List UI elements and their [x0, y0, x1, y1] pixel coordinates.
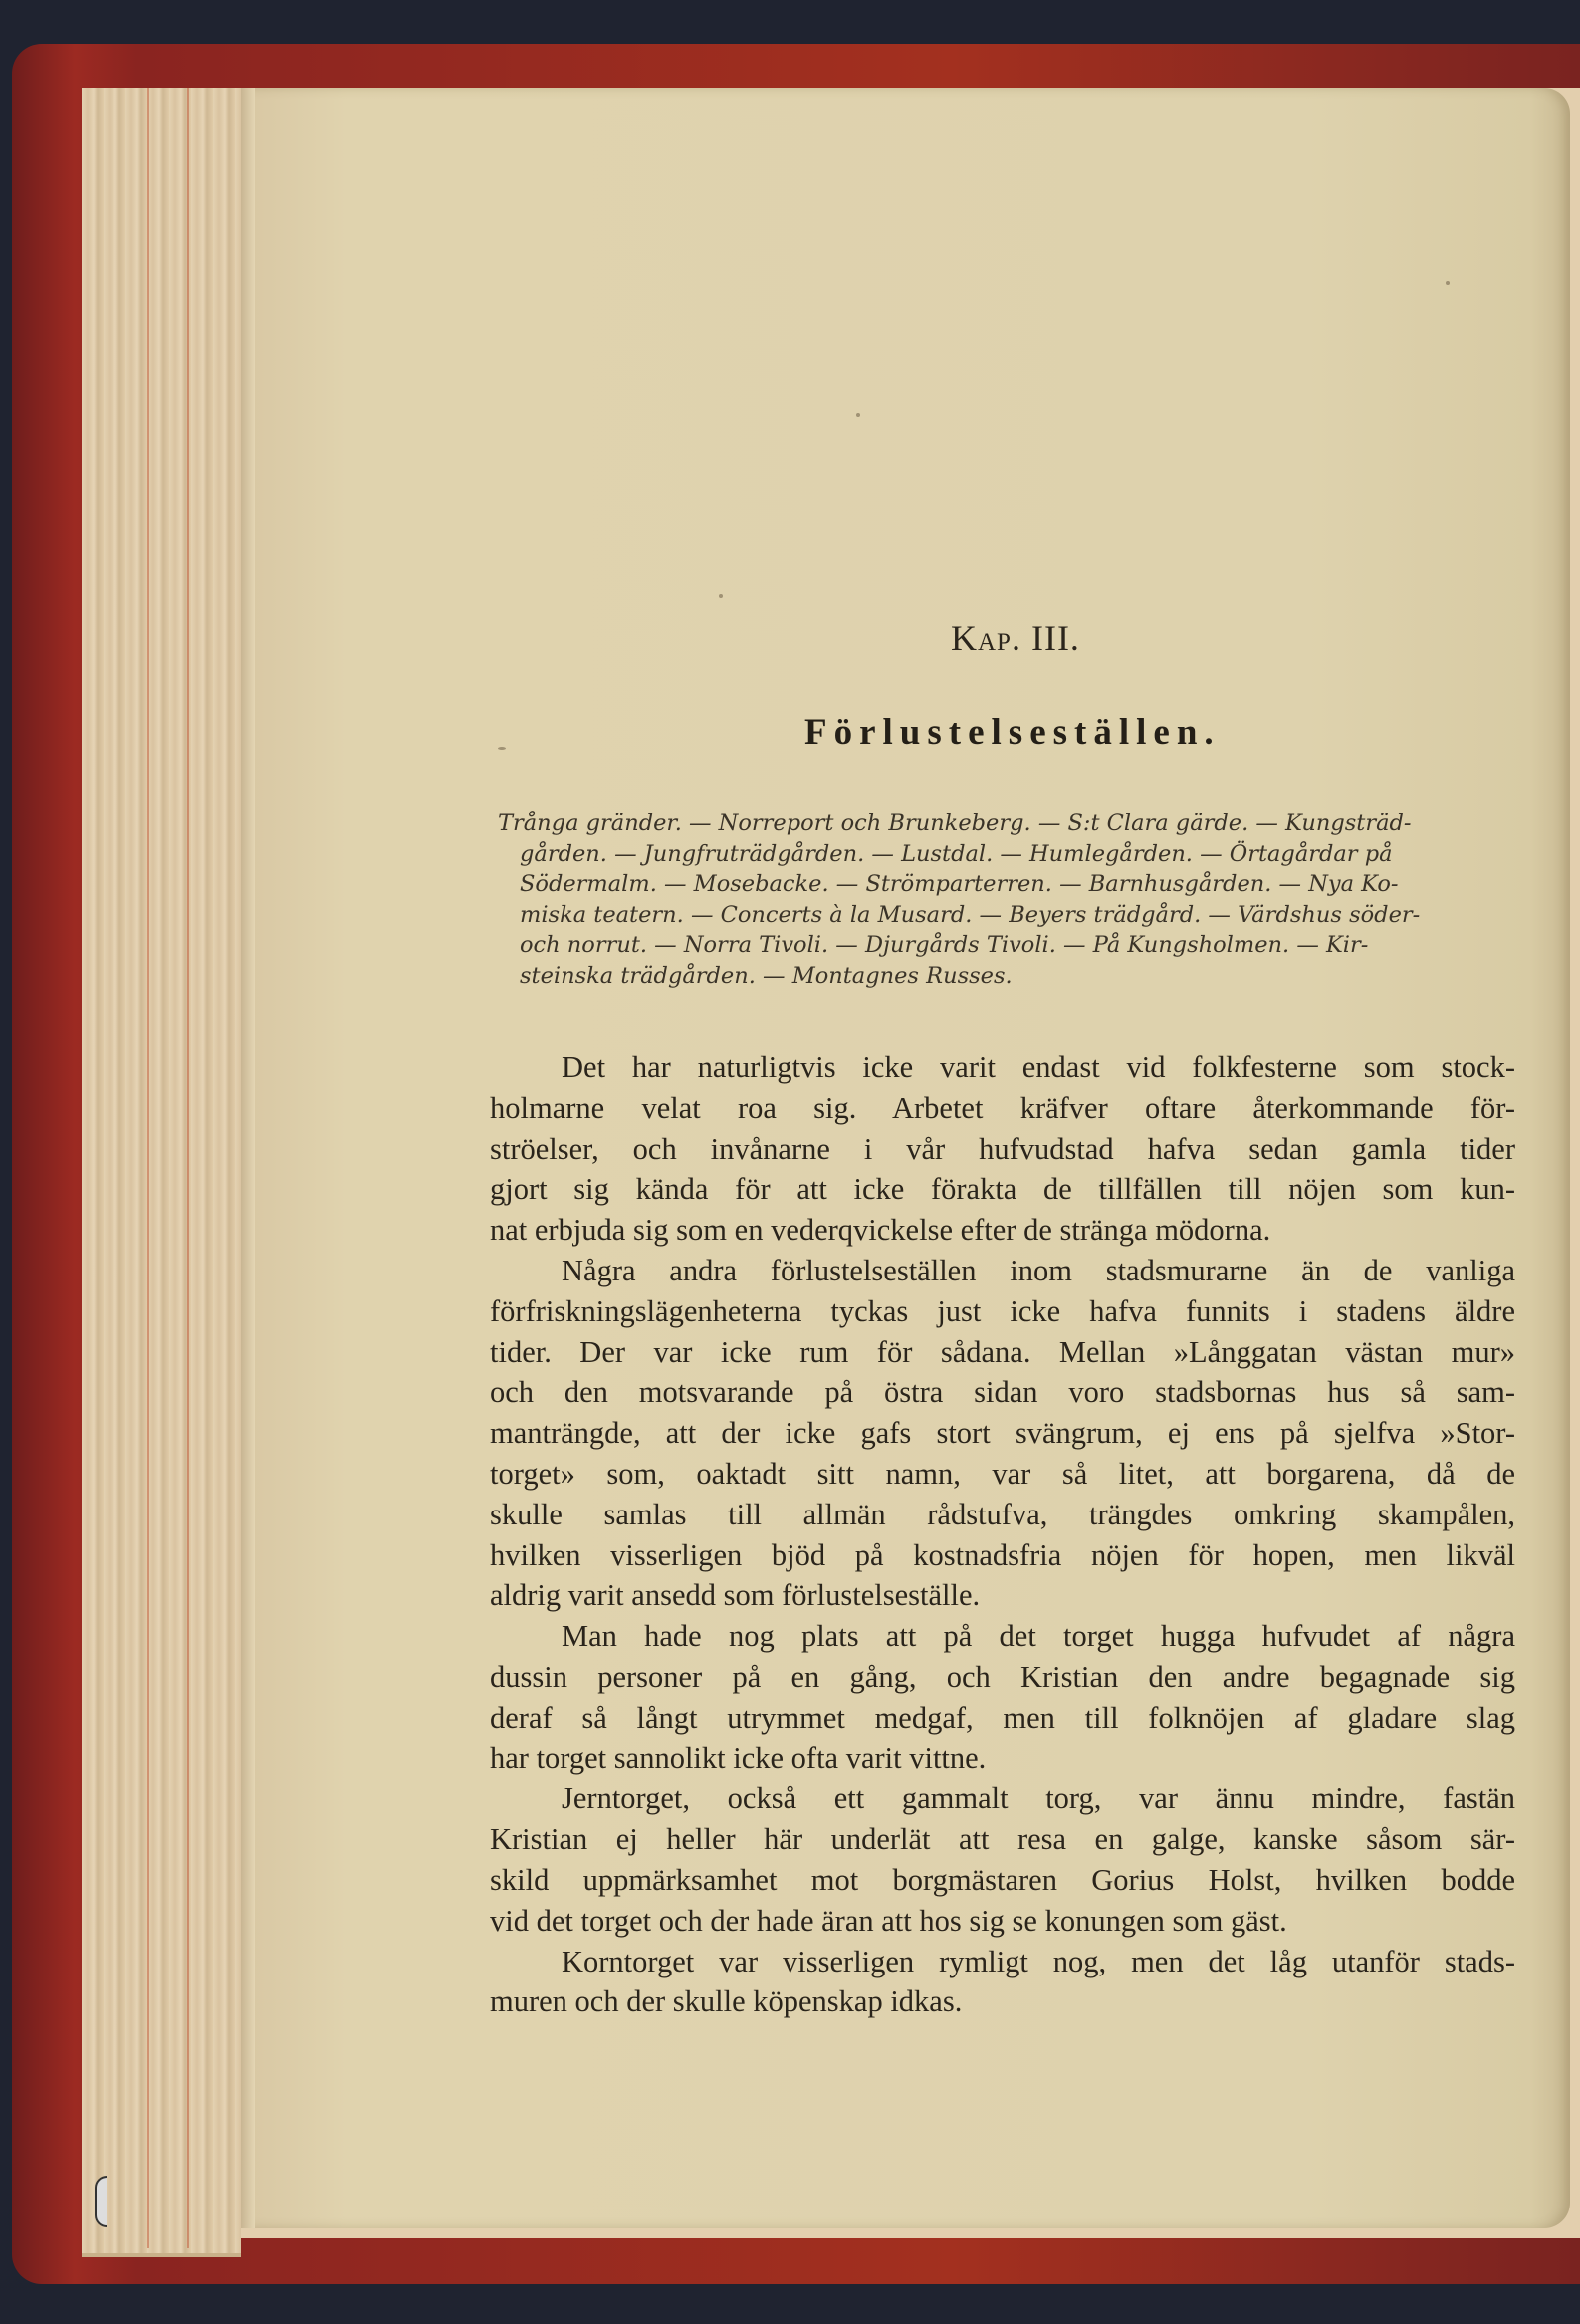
chapter-label: Kap.	[951, 618, 1021, 658]
summary-line: Södermalm. — Mosebacke. — Strömparterren…	[498, 869, 1513, 900]
body-line: dussin personer på en gång, och Kristian…	[490, 1657, 1515, 1698]
paper-speck	[1446, 281, 1450, 285]
body-line: skild uppmärksamhet mot borgmästaren Gor…	[490, 1860, 1515, 1901]
body-line: förfriskningslägenheterna tyckas just ic…	[490, 1291, 1515, 1332]
summary-line: miska teatern. — Concerts à la Musard. —…	[498, 900, 1513, 931]
chapter-title: Förlustelseställen.	[804, 711, 1221, 754]
body-line: gjort sig kända för att icke förakta de …	[490, 1169, 1515, 1210]
paper-speck	[856, 413, 860, 417]
body-line: vid det torget och der hade äran att hos…	[490, 1901, 1515, 1942]
summary-line: Trånga gränder. — Norreport och Brunkebe…	[498, 809, 1513, 839]
paper-speck	[719, 594, 723, 598]
body-line: tider. Der var icke rum för sådana. Mell…	[490, 1332, 1515, 1373]
body-line: Kristian ej heller här underlät att resa…	[490, 1819, 1515, 1860]
chapter-number: III.	[1031, 618, 1080, 658]
summary-line: gården. — Jungfruträdgården. — Lustdal. …	[498, 839, 1513, 870]
summary-line: och norrut. — Norra Tivoli. — Djurgårds …	[498, 930, 1513, 961]
body-line: och den motsvarande på östra sidan voro …	[490, 1372, 1515, 1413]
body-line: holmarne velat roa sig. Arbetet kräfver …	[490, 1088, 1515, 1129]
body-line: manträngde, att der icke gafs stort svän…	[490, 1413, 1515, 1454]
body-line: Jerntorget, också ett gammalt torg, var …	[490, 1778, 1515, 1819]
page-gutter	[241, 88, 255, 2228]
body-line: Man hade nog plats att på det torget hug…	[490, 1616, 1515, 1657]
body-line: hvilken visserligen bjöd på kostnadsfria…	[490, 1535, 1515, 1576]
page-edge-line	[147, 88, 149, 2248]
page-edges	[82, 88, 241, 2257]
body-line: Några andra förlustelseställen inom stad…	[490, 1251, 1515, 1291]
body-line: har torget sannolikt icke ofta varit vit…	[490, 1739, 1515, 1779]
body-line: Det har naturligtvis icke varit endast v…	[490, 1047, 1515, 1088]
body-line: Korntorget var visserligen rymligt nog, …	[490, 1942, 1515, 1982]
body-line: ströelser, och invånarne i vår hufvudsta…	[490, 1129, 1515, 1170]
summary-line: steinska trädgården. — Montagnes Russes.	[498, 961, 1513, 992]
chapter-summary: Trånga gränder. — Norreport och Brunkebe…	[498, 809, 1513, 991]
page-edge-line	[187, 88, 189, 2248]
body-line: torget» som, oaktadt sitt namn, var så l…	[490, 1454, 1515, 1495]
chapter-body: Det har naturligtvis icke varit endast v…	[490, 1047, 1515, 2022]
paper-speck	[498, 747, 506, 750]
body-line: aldrig varit ansedd som förlustelseställ…	[490, 1575, 1515, 1616]
body-line: nat erbjuda sig som en vederqvickelse ef…	[490, 1210, 1515, 1251]
body-line: deraf så långt utrymmet medgaf, men till…	[490, 1698, 1515, 1739]
chapter-heading: Kap. III.	[951, 617, 1080, 659]
body-line: skulle samlas till allmän rådstufva, trä…	[490, 1495, 1515, 1535]
body-line: muren och der skulle köpenskap idkas.	[490, 1981, 1515, 2022]
bookmark-clip-icon	[95, 2176, 107, 2227]
